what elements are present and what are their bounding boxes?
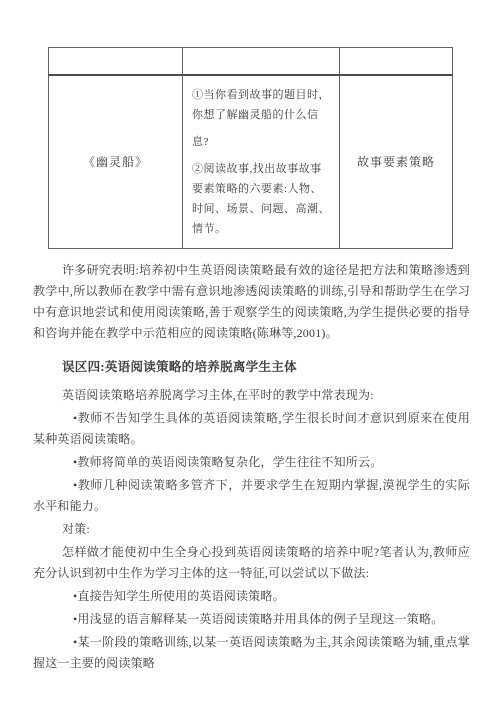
table-header-row	[49, 48, 453, 75]
story-questions-cell: ①当你看到故事的题目时，你想了解幽灵船的什么信 息? ②阅读故事,找出故事故事要…	[183, 75, 340, 249]
section-heading-misconception-4: 误区四:英语阅读策略的培养脱离学生主体	[33, 357, 470, 378]
table-empty-header-cell-3	[340, 48, 453, 75]
document-page: 《幽灵船》 ①当你看到故事的题目时，你想了解幽灵船的什么信 息? ②阅读故事,找…	[0, 0, 500, 707]
document-body: 许多研究表明:培养初中生英语阅读策略最有效的途径是把方法和策略渗透到教学中,所以…	[33, 260, 470, 674]
suggestion-bullet-3: •某一阶段的策略训练,以某一英语阅读策略为主,其余阅读策略为辅,重点掌握这一主要…	[33, 632, 470, 674]
countermeasure-label: 对策:	[33, 519, 470, 540]
table-empty-header-cell-1	[49, 48, 183, 75]
question-paragraph-3: ②阅读故事,找出故事故事要素策略的六要素:人物、时间、场景、问题、高潮、情节。	[192, 159, 330, 239]
story-title-cell: 《幽灵船》	[49, 75, 183, 249]
suggestion-bullet-2: •用浅显的语言解释某一英语阅读策略并用具体的例子呈现这一策略。	[33, 609, 470, 630]
strategy-name-cell: 故事要素策略	[340, 75, 453, 249]
suggestion-bullet-1: •直接告知学生所使用的英语阅读策略。	[33, 586, 470, 607]
table-empty-header-cell-2	[183, 48, 340, 75]
reading-strategy-table: 《幽灵船》 ①当你看到故事的题目时，你想了解幽灵船的什么信 息? ②阅读故事,找…	[48, 47, 453, 249]
problem-bullet-3: •教师几种阅读策略多管齐下，并要求学生在短期内掌握,漠视学生的实际水平和能力。	[33, 475, 470, 517]
table-body-row: 《幽灵船》 ①当你看到故事的题目时，你想了解幽灵船的什么信 息? ②阅读故事,找…	[49, 75, 453, 249]
question-paragraph-1: ①当你看到故事的题目时，你想了解幽灵船的什么信	[192, 85, 330, 125]
countermeasure-intro-paragraph: 怎样做才能使初中生全身心投到英语阅读策略的培养中呢?笔者认为,教师应充分认识到初…	[33, 542, 470, 584]
question-paragraph-2: 息?	[192, 132, 330, 152]
problem-bullet-2: •教师将简单的英语阅读策略复杂化，学生往往不知所云。	[33, 452, 470, 473]
lead-in-paragraph: 英语阅读策略培养脱离学习主体,在平时的教学中常表现为:	[33, 385, 470, 406]
problem-bullet-1: •教师不告知学生具体的英语阅读策略,学生很长时间才意识到原来在使用某种英语阅读策…	[33, 408, 470, 450]
intro-paragraph: 许多研究表明:培养初中生英语阅读策略最有效的途径是把方法和策略渗透到教学中,所以…	[33, 260, 470, 344]
